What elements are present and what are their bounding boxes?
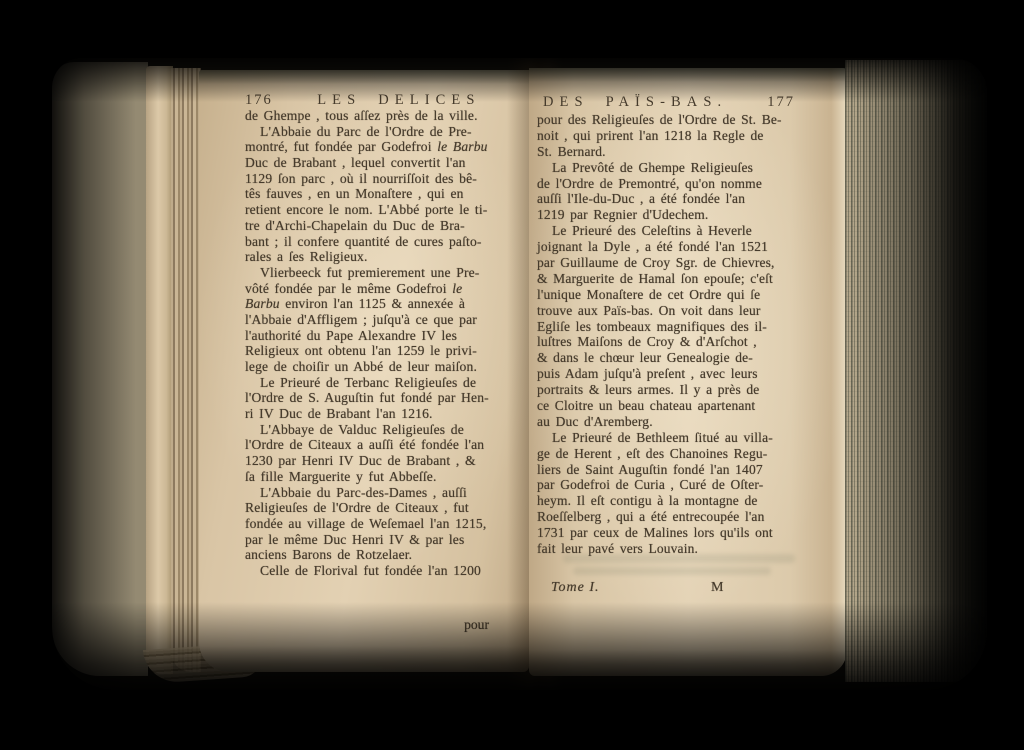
page-right: DES PAÏS-BAS. 177 pour des Religieuſes d…: [529, 68, 847, 676]
page-left-header: 176 LES DELICES: [245, 92, 525, 109]
text-line: trouve aux Païs-bas. On voit dans leur: [537, 303, 843, 319]
tome-label: Tome I.: [551, 580, 600, 595]
text-line: l'unique Monaſtere de cet Ordre qui ſe: [537, 287, 843, 303]
text-line: St. Bernard.: [537, 144, 843, 160]
text-line: Le Prieuré des Celeſtins à Heverle: [537, 223, 843, 239]
text-line: de Ghempe , tous aſſez près de la ville.: [245, 108, 529, 124]
text-line: l'authorité du Pape Alexandre IV les: [245, 328, 529, 344]
page-right-header: DES PAÏS-BAS. 177: [543, 94, 833, 111]
text-line: noit , qui prirent l'an 1218 la Regle de: [537, 128, 843, 144]
left-page-stack-edges: [171, 68, 201, 672]
text-line: ſa fille Marguerite y fut Abbeſſe.: [245, 469, 529, 485]
book-photo: 176 LES DELICES de Ghempe , tous aſſez p…: [0, 0, 1024, 750]
text-line: Le Prieuré de Terbanc Religieuſes de: [245, 375, 529, 391]
text-line: puis Adam juſqu'à preſent , avec leurs: [537, 366, 843, 382]
right-fore-edge: [845, 60, 987, 682]
page-right-footer: Tome I. M: [551, 580, 830, 596]
page-left-text: de Ghempe , tous aſſez près de la ville.…: [245, 108, 529, 579]
text-line: au Duc d'Aremberg.: [537, 414, 843, 430]
text-line: bant ; il confere quantité de cures paſt…: [245, 234, 529, 250]
text-line: tre d'Archi-Chapelain du Duc de Bra-: [245, 218, 529, 234]
text-line: Egliſe les tombeaux magnifiques des il-: [537, 319, 843, 335]
page-right-text: pour des Religieuſes de l'Ordre de St. B…: [537, 112, 843, 557]
text-line: par Guillaume de Croy Sgr. de Chievres,: [537, 255, 843, 271]
text-line: joignant la Dyle , a été fondé l'an 1521: [537, 239, 843, 255]
page-number-left: 176: [245, 92, 273, 109]
text-line: l'Abbaie d'Affligem ; juſqu'à ce que par: [245, 312, 529, 328]
text-line: La Prevôté de Ghempe Religieuſes: [537, 160, 843, 176]
text-line: ri IV Duc de Brabant l'an 1216.: [245, 406, 529, 422]
text-line: Duc de Brabant , lequel convertit l'an: [245, 155, 529, 171]
text-line: l'Ordre de S. Auguſtin fut fondé par Hen…: [245, 390, 529, 406]
text-line: par le même Duc Henri IV & par les: [245, 532, 529, 548]
showthrough-smudge: [563, 554, 795, 563]
text-line: Celle de Florival fut fondée l'an 1200: [245, 563, 529, 579]
text-line: l'Ordre de Citeaux a auſſi été fondée l'…: [245, 437, 529, 453]
text-line: anciens Barons de Rotzelaer.: [245, 547, 529, 563]
text-line: Religieux ont obtenu l'an 1259 le privi-: [245, 343, 529, 359]
text-line: Vlierbeeck fut premierement une Pre-: [245, 265, 529, 281]
text-line: rales a ſes Religieux.: [245, 249, 529, 265]
text-line: L'Abbaie du Parc de l'Ordre de Pre-: [245, 124, 529, 140]
text-line: 1731 par ceux de Malines lors qu'ils ont: [537, 525, 843, 541]
text-line: auſſi l'Ile-du-Duc , a été fondée l'an: [537, 191, 843, 207]
text-line: Roeſſelberg , qui a été entrecoupée l'an: [537, 509, 843, 525]
text-line: pour des Religieuſes de l'Ordre de St. B…: [537, 112, 843, 128]
text-line: & Marguerite de Hamal ſon epouſe; c'eſt: [537, 271, 843, 287]
left-page-edge-band: [146, 66, 173, 674]
page-number-right: 177: [767, 94, 795, 111]
running-title-left: LES DELICES: [273, 92, 525, 109]
text-line: vôté fondée par le même Godefroi le: [245, 281, 529, 297]
showthrough-smudge: [573, 567, 771, 575]
signature-mark: M: [711, 580, 723, 596]
text-line: L'Abbaie du Parc-des-Dames , auſſi: [245, 485, 529, 501]
text-line: fondée au village de Weſemael l'an 1215,: [245, 516, 529, 532]
text-line: & dans le chœur leur Genealogie de-: [537, 350, 843, 366]
text-line: Religieuſes de l'Ordre de Citeaux , fut: [245, 500, 529, 516]
text-line: 1219 par Regnier d'Udechem.: [537, 207, 843, 223]
text-line: liers de Saint Auguſtin fondé l'an 1407: [537, 462, 843, 478]
text-line: montré, fut fondée par Godefroi le Barbu: [245, 139, 529, 155]
text-line: Le Prieuré de Bethleem ſitué au villa-: [537, 430, 843, 446]
text-line: 1129 ſon parc , où il nourriſſoit des bê…: [245, 171, 529, 187]
text-line: lege de choiſir un Abbé de leur maiſon.: [245, 359, 529, 375]
text-line: Barbu environ l'an 1125 & annexée à: [245, 296, 529, 312]
text-line: 1230 par Henri IV Duc de Brabant , &: [245, 453, 529, 469]
text-line: tês fauves , en un Monaſtere , qui en: [245, 186, 529, 202]
catchword: pour: [464, 617, 489, 633]
text-line: de l'Ordre de Premontré, qu'on nomme: [537, 176, 843, 192]
text-line: heym. Il eſt contigu à la montagne de: [537, 493, 843, 509]
text-line: portraits & leurs armes. Il y a près de: [537, 382, 843, 398]
page-left: 176 LES DELICES de Ghempe , tous aſſez p…: [199, 70, 529, 672]
text-line: ce Cloitre un beau chateau apartenant: [537, 398, 843, 414]
text-line: L'Abbaye de Valduc Religieuſes de: [245, 422, 529, 438]
text-line: par Godefroi de Curia , Curé de Oſter-: [537, 477, 843, 493]
text-line: luſtres Maiſons de Croy & d'Arſchot ,: [537, 334, 843, 350]
text-line: retient encore le nom. L'Abbé porte le t…: [245, 202, 529, 218]
text-line: ge de Herent , eſt des Chanoines Regu-: [537, 446, 843, 462]
left-fore-edge: [52, 62, 148, 676]
open-book: 176 LES DELICES de Ghempe , tous aſſez p…: [52, 58, 987, 690]
